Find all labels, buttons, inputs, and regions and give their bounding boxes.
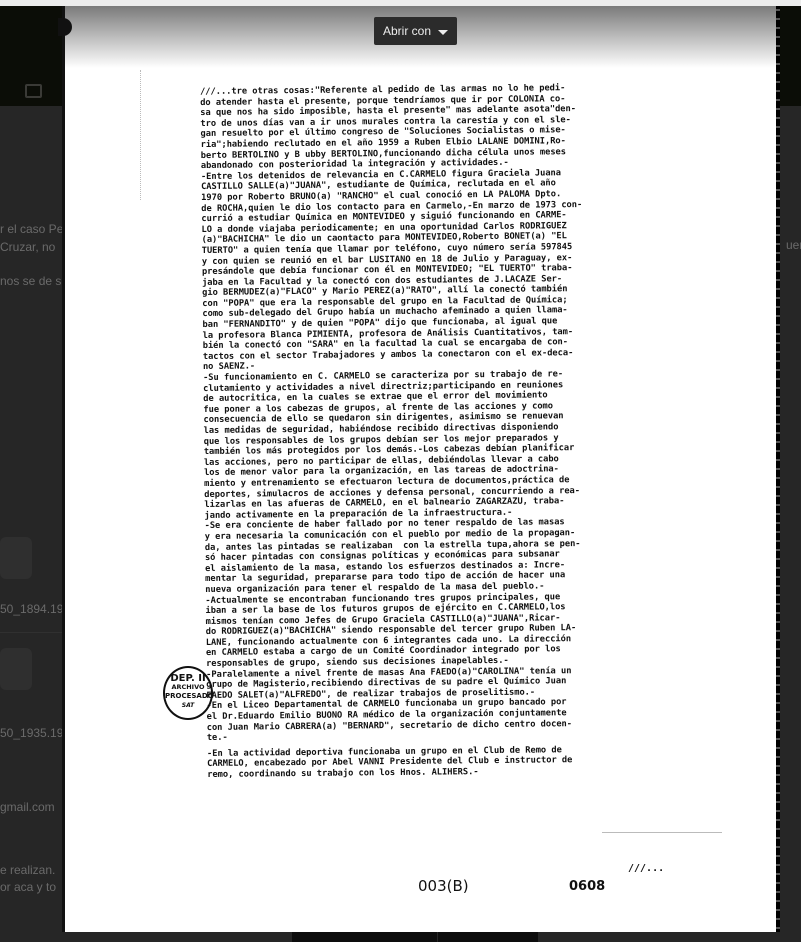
background-snippet: e realizan. — [0, 863, 55, 877]
image-thumbnail-icon[interactable] — [0, 648, 32, 690]
background-filename[interactable]: 50_1935.19 — [0, 726, 63, 740]
background-email: gmail.com — [0, 800, 55, 814]
stamp-line: SAT — [165, 701, 211, 710]
scan-artifact — [140, 70, 142, 200]
background-snippet: nos se de s — [0, 274, 61, 288]
continuation-mark: ///... — [628, 863, 664, 874]
scan-edge — [62, 6, 65, 932]
background-snippet: r el caso Pe — [0, 222, 63, 236]
stamp-line: ARCHIVO — [165, 683, 211, 692]
scan-edge — [776, 6, 780, 932]
scan-artifact — [602, 832, 722, 833]
background-snippet: uer — [786, 238, 801, 252]
folder-icon — [25, 84, 42, 98]
background-snippet: Cruzar, no — [0, 240, 55, 254]
divider — [0, 632, 64, 633]
open-with-button[interactable]: Abrir con — [374, 17, 457, 45]
page-number: 0608 — [569, 879, 605, 894]
image-thumbnail-icon[interactable] — [0, 537, 32, 579]
folio-number: 003(B) — [418, 877, 469, 895]
open-with-label: Abrir con — [383, 24, 431, 38]
caret-down-icon — [438, 30, 448, 35]
stamp-line: DEP. II — [165, 674, 211, 683]
archive-stamp: DEP. II ARCHIVO PROCESADO SAT — [163, 666, 213, 720]
background-snippet: or aca y to — [0, 880, 56, 894]
stamp-line: PROCESADO — [165, 692, 211, 701]
typewritten-page: ///...tre otras cosas:"Referente al pedi… — [200, 82, 687, 781]
background-filename[interactable]: 50_1894.19 — [0, 602, 63, 616]
